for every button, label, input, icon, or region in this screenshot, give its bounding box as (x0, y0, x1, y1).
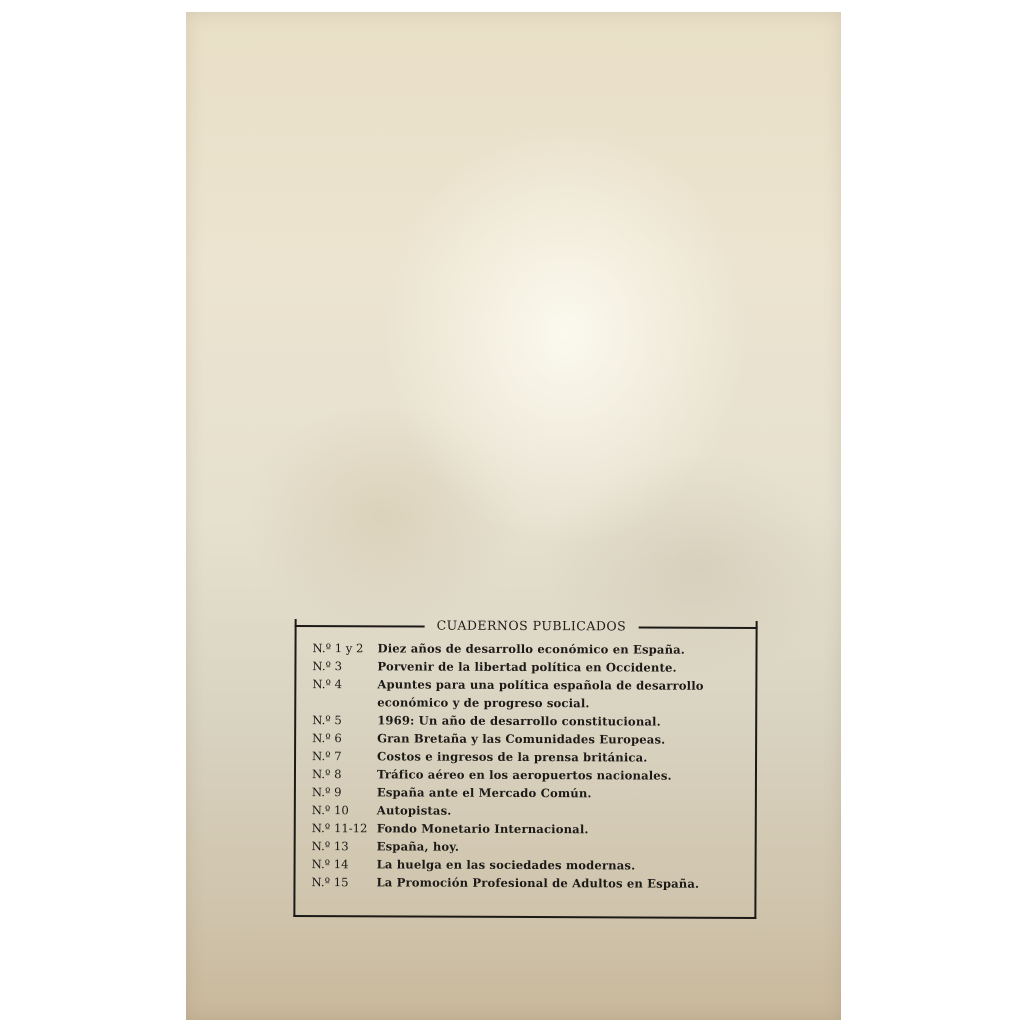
issue-number: N.º 11-12 (312, 819, 377, 837)
box-heading: CUADERNOS PUBLICADOS (425, 618, 639, 634)
issue-number: N.º 8 (312, 765, 377, 783)
list-item: N.º 6 Gran Bretaña y las Comunidades Eur… (312, 729, 739, 749)
issue-title: Gran Bretaña y las Comunidades Europeas. (377, 729, 739, 749)
issue-title: Autopistas. (377, 801, 739, 821)
issue-number: N.º 6 (312, 729, 377, 747)
issue-number: N.º 5 (312, 711, 377, 729)
issue-title: 1969: Un año de desarrollo constituciona… (377, 711, 739, 731)
issue-title: Porvenir de la libertad política en Occi… (377, 657, 739, 677)
box-header: CUADERNOS PUBLICADOS (295, 619, 758, 634)
issue-title: Tráfico aéreo en los aeropuertos naciona… (377, 765, 739, 785)
list-item: N.º 13 España, hoy. (312, 837, 739, 857)
issues-list: N.º 1 y 2 Diez años de desarrollo económ… (311, 639, 739, 893)
issue-number: N.º 14 (312, 855, 377, 873)
issue-title: Apuntes para una política española de de… (377, 675, 739, 713)
issue-title: La huelga en las sociedades modernas. (377, 855, 739, 875)
issue-title: España, hoy. (377, 837, 739, 857)
issue-title: La Promoción Profesional de Adultos en E… (376, 873, 738, 893)
issue-number: N.º 10 (312, 801, 377, 819)
issue-number: N.º 9 (312, 783, 377, 801)
issue-title: Fondo Monetario Internacional. (377, 819, 739, 839)
list-item: N.º 5 1969: Un año de desarrollo constit… (312, 711, 739, 731)
list-item: N.º 9 España ante el Mercado Común. (312, 783, 739, 803)
header-rule-left (295, 624, 425, 627)
issue-number: N.º 3 (312, 657, 377, 675)
issue-number: N.º 4 (312, 675, 377, 711)
issue-number: N.º 1 y 2 (312, 639, 377, 657)
issue-title: España ante el Mercado Común. (377, 783, 739, 803)
header-rule-right (638, 626, 757, 629)
list-item: N.º 15 La Promoción Profesional de Adult… (311, 873, 738, 893)
issue-number: N.º 15 (311, 873, 376, 891)
published-issues-box: CUADERNOS PUBLICADOS N.º 1 y 2 Diez años… (293, 619, 757, 919)
list-item: N.º 14 La huelga en las sociedades moder… (312, 855, 739, 875)
list-item: N.º 4 Apuntes para una política española… (312, 675, 739, 713)
list-item: N.º 8 Tráfico aéreo en los aeropuertos n… (312, 765, 739, 785)
list-item: N.º 11-12 Fondo Monetario Internacional. (312, 819, 739, 839)
issue-title: Diez años de desarrollo económico en Esp… (377, 639, 739, 659)
issue-number: N.º 7 (312, 747, 377, 765)
list-item: N.º 1 y 2 Diez años de desarrollo económ… (312, 639, 739, 659)
issue-number: N.º 13 (312, 837, 377, 855)
issue-title: Costos e ingresos de la prensa británica… (377, 747, 739, 767)
list-item: N.º 3 Porvenir de la libertad política e… (312, 657, 739, 677)
list-item: N.º 10 Autopistas. (312, 801, 739, 821)
book-back-cover: CUADERNOS PUBLICADOS N.º 1 y 2 Diez años… (186, 12, 841, 1020)
list-item: N.º 7 Costos e ingresos de la prensa bri… (312, 747, 739, 767)
